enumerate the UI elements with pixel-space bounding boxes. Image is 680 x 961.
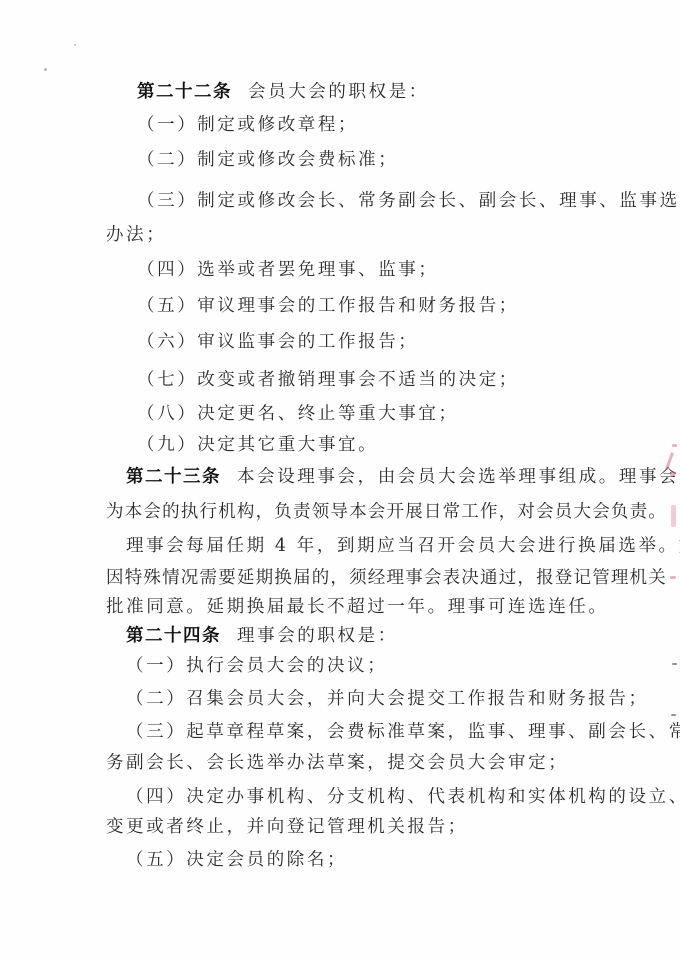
article-22-item-5: （五）审议理事会的工作报告和财务报告； [137,296,587,316]
article-22-item-8: （八）决定更名、终止等重大事宜； [137,404,587,424]
article-24-intro: 理事会的职权是： [237,626,398,646]
article-24-item-2: （二）召集会员大会，并向大会提交工作报告和财务报告； [126,689,586,709]
article-22-item-1: （一）制定或修改章程； [137,115,587,135]
article-24-item-4-cont: 变更或者终止，并向登记管理机关报告； [106,817,586,837]
article-22-item-3-cont: 办法； [106,225,586,245]
article-22-item-6: （六）审议监事会的工作报告； [137,332,587,352]
article-24-item-1: （一）执行会员大会的决议； [126,656,586,676]
edge-mark [671,714,676,716]
article-24-heading-line: 第二十四条理事会的职权是： [126,626,586,646]
article-24-heading: 第二十四条 [126,626,221,646]
scanned-document-page: 第二十二条会员大会的职权是： （一）制定或修改章程； （二）制定或修改会费标准；… [0,0,680,961]
article-22-item-4: （四）选举或者罢免理事、监事； [137,260,587,280]
scan-speck [74,44,76,46]
edge-mark [672,663,677,665]
article-23-heading: 第二十三条 [126,467,221,487]
article-24-item-3: （三）起草章程草案，会费标准草案，监事、理事、副会长、常 [126,722,586,742]
article-22-heading-line: 第二十二条会员大会的职权是： [137,82,587,102]
article-23-line-4: 因特殊情况需要延期换届的，须经理事会表决通过，报登记管理机关 [106,568,586,588]
article-24-item-4: （四）决定办事机构、分支机构、代表机构和实体机构的设立、 [126,787,586,807]
article-23-line-3: 理事会每届任期 4 年，到期应当召开会员大会进行换届选举。如 [126,536,586,556]
article-22-item-7: （七）改变或者撤销理事会不适当的决定； [137,370,587,390]
article-22-item-2: （二）制定或修改会费标准； [137,150,587,170]
article-23-line-5: 批准同意。延期换届最长不超过一年。理事可连选连任。 [106,597,586,617]
article-24-item-3-cont: 务副会长、会长选举办法草案，提交会员大会审定； [106,753,586,773]
article-23-line-1: 第二十三条本会设理事会，由会员大会选举理事组成。理事会 [126,467,586,487]
article-22-intro: 会员大会的职权是： [248,82,429,102]
article-23-text: 本会设理事会，由会员大会选举理事组成。理事会 [237,467,679,487]
article-22-heading: 第二十二条 [137,82,232,102]
article-24-item-5: （五）决定会员的除名； [126,850,586,870]
article-22-item-3: （三）制定或修改会长、常务副会长、副会长、理事、监事选举 [137,191,587,211]
scan-speck [44,68,47,71]
article-22-item-9: （九）决定其它重大事宜。 [137,435,587,455]
article-23-line-2: 为本会的执行机构，负责领导本会开展日常工作，对会员大会负责。 [106,502,586,522]
